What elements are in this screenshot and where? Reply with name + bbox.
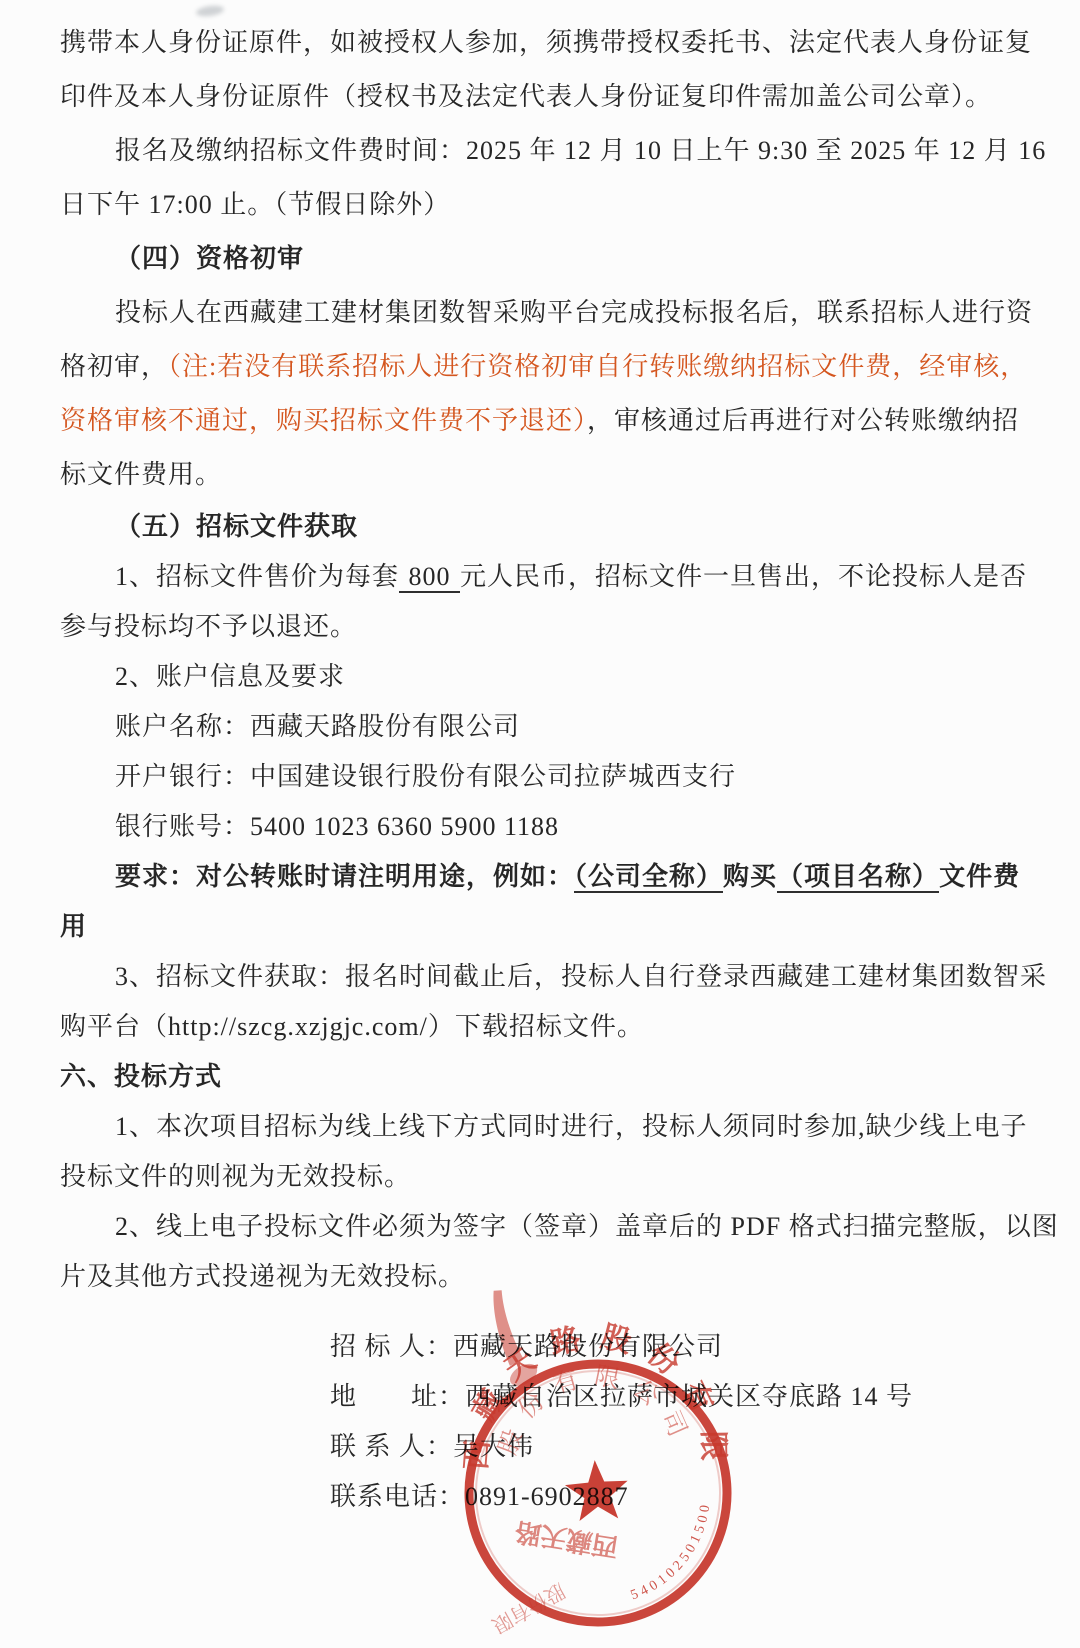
section5-heading-text: （五）招标文件获取 [115,512,358,541]
signup-time-line-1: 报名及缴纳招标文件费时间：2025 年 12 月 10 日上午 9:30 至 2… [60,124,1024,178]
section4-note-red-2: 资格审核不通过，购买招标文件费不予退还） [60,406,587,435]
transfer-requirement-line-1: 要求：对公转账时请注明用途，例如：（公司全称）购买（项目名称）文件费 [60,852,1024,902]
section6-item1-line-2: 投标文件的则视为无效投标。 [60,1152,1024,1202]
intro-line-1: 携带本人身份证原件，如被授权人参加，须携带授权委托书、法定代表人身份证复 [60,16,1024,70]
require-project-placeholder: （项目名称） [777,862,939,893]
section5-item1-line-1: 1、招标文件售价为每套 800 元人民币，招标文件一旦售出，不论投标人是否 [60,552,1024,602]
signup-time-text-1: 报名及缴纳招标文件费时间：2025 年 12 月 10 日上午 9:30 至 2… [115,136,1046,165]
section4-line-2: 格初审，（注:若没有联系招标人进行资格初审自行转账缴纳招标文件费，经审核， [60,340,1024,394]
item1-line2-text: 参与投标均不予以退还。 [60,612,357,641]
tenderer-line: 招 标 人：西藏天路股份有限公司 [330,1322,1024,1372]
require-line2-text: 用 [60,912,87,941]
section4-line-1: 投标人在西藏建工建材集团数智采购平台完成投标报名后，联系招标人进行资 [60,286,1024,340]
section6-item2-line-1: 2、线上电子投标文件必须为签字（签章）盖章后的 PDF 格式扫描完整版，以图 [60,1202,1024,1252]
bank-name-text: 开户银行：中国建设银行股份有限公司拉萨城西支行 [115,762,736,791]
contact-label: 联 系 人： [330,1432,453,1461]
signature-block: 招 标 人：西藏天路股份有限公司 地 址：西藏自治区拉萨市城关区夺底路 14 号… [330,1322,1024,1522]
contact-value: 吴大伟 [453,1432,534,1461]
sec6-item1-line1-text: 1、本次项目招标为线上线下方式同时进行，投标人须同时参加,缺少线上电子 [115,1112,1028,1141]
transfer-requirement-line-2: 用 [60,902,1024,952]
sec6-item2-line2-text: 片及其他方式投递视为无效投标。 [60,1262,465,1291]
tenderer-label: 招 标 人： [330,1332,453,1361]
address-line: 地 址：西藏自治区拉萨市城关区夺底路 14 号 [330,1372,1024,1422]
item1-pre: 1、招标文件售价为每套 [115,562,399,591]
sec6-item2-line1-text: 2、线上电子投标文件必须为签字（签章）盖章后的 PDF 格式扫描完整版，以图 [115,1212,1059,1241]
item2-text: 2、账户信息及要求 [115,662,345,691]
item3-line1-text: 3、招标文件获取：报名时间截止后，投标人自行登录西藏建工建材集团数智采 [115,962,1047,991]
section4-text-1: 投标人在西藏建工建材集团数智采购平台完成投标报名后，联系招标人进行资 [115,298,1033,327]
item1-post: 元人民币，招标文件一旦售出，不论投标人是否 [460,562,1027,591]
section6-item1-line-1: 1、本次项目招标为线上线下方式同时进行，投标人须同时参加,缺少线上电子 [60,1102,1024,1152]
phone-value: 0891-6902887 [465,1482,629,1511]
signup-time-text-2: 日下午 17:00 止。（节假日除外） [60,190,450,219]
intro-line-2: 印件及本人身份证原件（授权书及法定代表人身份证复印件需加盖公司公章）。 [60,70,1024,124]
tenderer-value: 西藏天路股份有限公司 [453,1332,723,1361]
sec6-item1-line2-text: 投标文件的则视为无效投标。 [60,1162,411,1191]
address-label: 地 址： [330,1382,465,1411]
require-company-placeholder: （公司全称） [574,862,723,893]
account-number-line: 银行账号：5400 1023 6360 5900 1188 [60,802,1024,852]
section6-item2-line-2: 片及其他方式投递视为无效投标。 [60,1252,1024,1302]
section4-text-2a: 格初审， [60,352,168,381]
require-mid: 购买 [723,862,777,891]
address-value: 西藏自治区拉萨市城关区夺底路 14 号 [465,1382,913,1411]
section5-heading: （五）招标文件获取 [60,502,1024,552]
section5-item3-line-1: 3、招标文件获取：报名时间截止后，投标人自行登录西藏建工建材集团数智采 [60,952,1024,1002]
section4-text-4: 标文件费用。 [60,460,222,489]
account-number-text: 银行账号：5400 1023 6360 5900 1188 [115,812,559,841]
section6-heading-text: 六、投标方式 [60,1062,222,1091]
section4-line-3: 资格审核不通过，购买招标文件费不予退还），审核通过后再进行对公转账缴纳招 [60,394,1024,448]
tender-document-price: 800 [399,562,460,593]
section4-heading: （四）资格初审 [60,232,1024,286]
item3-line2-text: 购平台（http://szcg.xzjgjc.com/）下载招标文件。 [60,1012,644,1041]
seal-bottom-mark: 西藏天路 [513,1516,620,1561]
section4-line-4: 标文件费用。 [60,448,1024,502]
account-name-line: 账户名称：西藏天路股份有限公司 [60,702,1024,752]
contact-line: 联 系 人：吴大伟 [330,1422,1024,1472]
seal-bottom-mark-2: 股份有限 [488,1578,569,1637]
section6-heading: 六、投标方式 [60,1052,1024,1102]
section5-item3-line-2: 购平台（http://szcg.xzjgjc.com/）下载招标文件。 [60,1002,1024,1052]
bank-name-line: 开户银行：中国建设银行股份有限公司拉萨城西支行 [60,752,1024,802]
section4-heading-text: （四）资格初审 [115,244,304,273]
section5-item1-line-2: 参与投标均不予以退还。 [60,602,1024,652]
section5-item2: 2、账户信息及要求 [60,652,1024,702]
section4-text-3b: ，审核通过后再进行对公转账缴纳招 [587,406,1019,435]
scanned-tender-document-page: 携带本人身份证原件，如被授权人参加，须携带授权委托书、法定代表人身份证复 印件及… [0,0,1080,1648]
require-post: 文件费 [939,862,1020,891]
section4-note-red-1: （注:若没有联系招标人进行资格初审自行转账缴纳招标文件费，经审核， [168,352,1027,381]
phone-line: 联系电话：0891-6902887 [330,1472,1024,1522]
document-body: 携带本人身份证原件，如被授权人参加，须携带授权委托书、法定代表人身份证复 印件及… [0,0,1080,1522]
account-name-text: 账户名称：西藏天路股份有限公司 [115,712,520,741]
intro-text-1: 携带本人身份证原件，如被授权人参加，须携带授权委托书、法定代表人身份证复 [60,28,1032,57]
intro-text-2: 印件及本人身份证原件（授权书及法定代表人身份证复印件需加盖公司公章）。 [60,82,992,111]
phone-label: 联系电话： [330,1482,465,1511]
signup-time-line-2: 日下午 17:00 止。（节假日除外） [60,178,1024,232]
require-pre: 要求：对公转账时请注明用途，例如： [115,862,574,891]
